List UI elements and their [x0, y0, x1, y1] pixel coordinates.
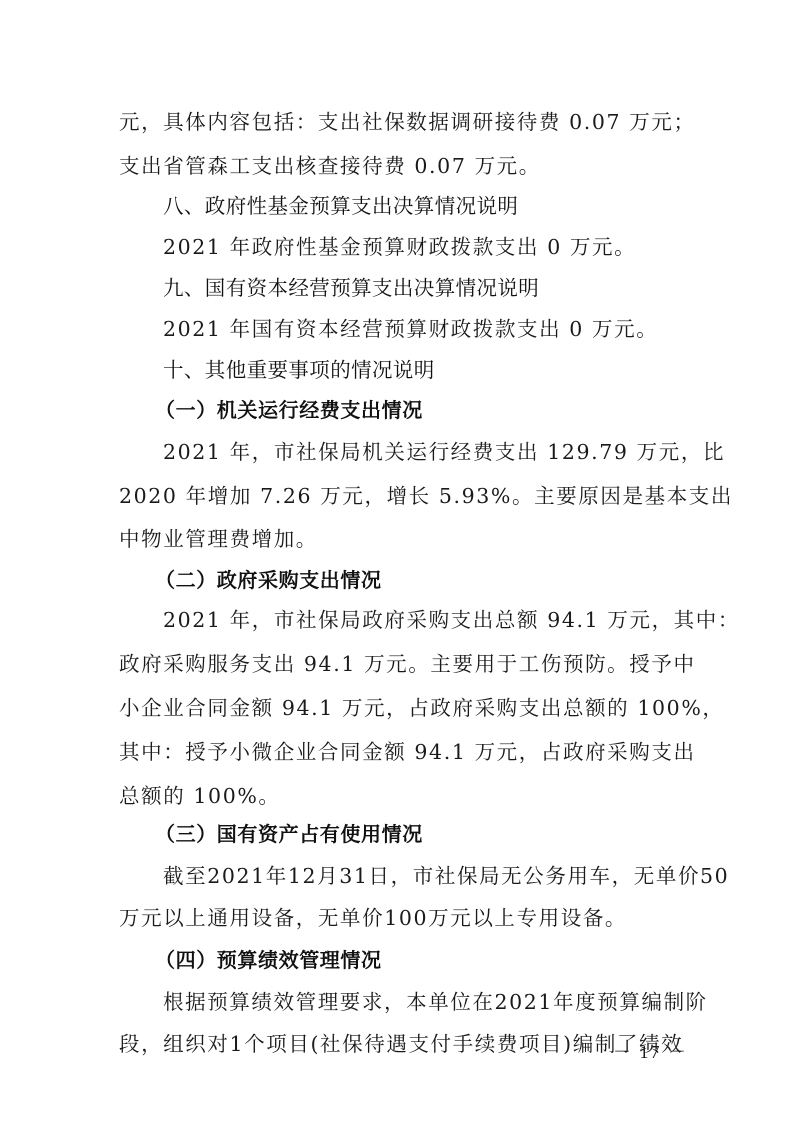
- subsection-heading-1: （一）机关运行经费支出情况: [155, 396, 715, 424]
- section-heading-10: 十、其他重要事项的情况说明: [163, 356, 723, 384]
- paragraph-line: 政府采购服务支出 94.1 万元。主要用于工伤预防。授予中: [119, 650, 679, 678]
- paragraph-line: 万元以上通用设备，无单价100万元以上专用设备。: [119, 904, 679, 932]
- paragraph-line: 根据预算绩效管理要求，本单位在2021年度预算编制阶: [163, 988, 723, 1016]
- subsection-heading-4: （四）预算绩效管理情况: [155, 946, 715, 974]
- paragraph-line: 其中：授予小微企业合同金额 94.1 万元，占政府采购支出: [119, 738, 679, 766]
- paragraph-line: 中物业管理费增加。: [119, 525, 679, 553]
- section-heading-8: 八、政府性基金预算支出决算情况说明: [163, 192, 723, 220]
- page-number: － 17 －: [613, 1040, 688, 1064]
- subsection-heading-3: （三）国有资产占有使用情况: [155, 820, 715, 848]
- paragraph-line: 总额的 100%。: [119, 782, 679, 810]
- document-page: 元，具体内容包括：支出社保数据调研接待费 0.07 万元； 支出省管森工支出核查…: [0, 0, 794, 1122]
- paragraph-line: 元，具体内容包括：支出社保数据调研接待费 0.07 万元；: [119, 108, 679, 136]
- paragraph-line: 支出省管森工支出核查接待费 0.07 万元。: [119, 152, 679, 180]
- paragraph-line: 段，组织对1个项目(社保待遇支付手续费项目)编制了绩效: [119, 1030, 679, 1058]
- section-heading-9: 九、国有资本经营预算支出决算情况说明: [163, 274, 723, 302]
- paragraph-line: 2021 年，市社保局机关运行经费支出 129.79 万元，比: [163, 438, 723, 466]
- paragraph-line: 截至2021年12月31日，市社保局无公务用车，无单价50: [163, 862, 723, 890]
- paragraph-line: 2020 年增加 7.26 万元，增长 5.93%。主要原因是基本支出: [119, 482, 679, 510]
- paragraph-line: 2021 年国有资本经营预算财政拨款支出 0 万元。: [163, 315, 723, 343]
- subsection-heading-2: （二）政府采购支出情况: [155, 566, 715, 594]
- paragraph-line: 2021 年，市社保局政府采购支出总额 94.1 万元，其中：: [163, 606, 723, 634]
- paragraph-line: 小企业合同金额 94.1 万元，占政府采购支出总额的 100%，: [119, 694, 679, 722]
- paragraph-line: 2021 年政府性基金预算财政拨款支出 0 万元。: [163, 233, 723, 261]
